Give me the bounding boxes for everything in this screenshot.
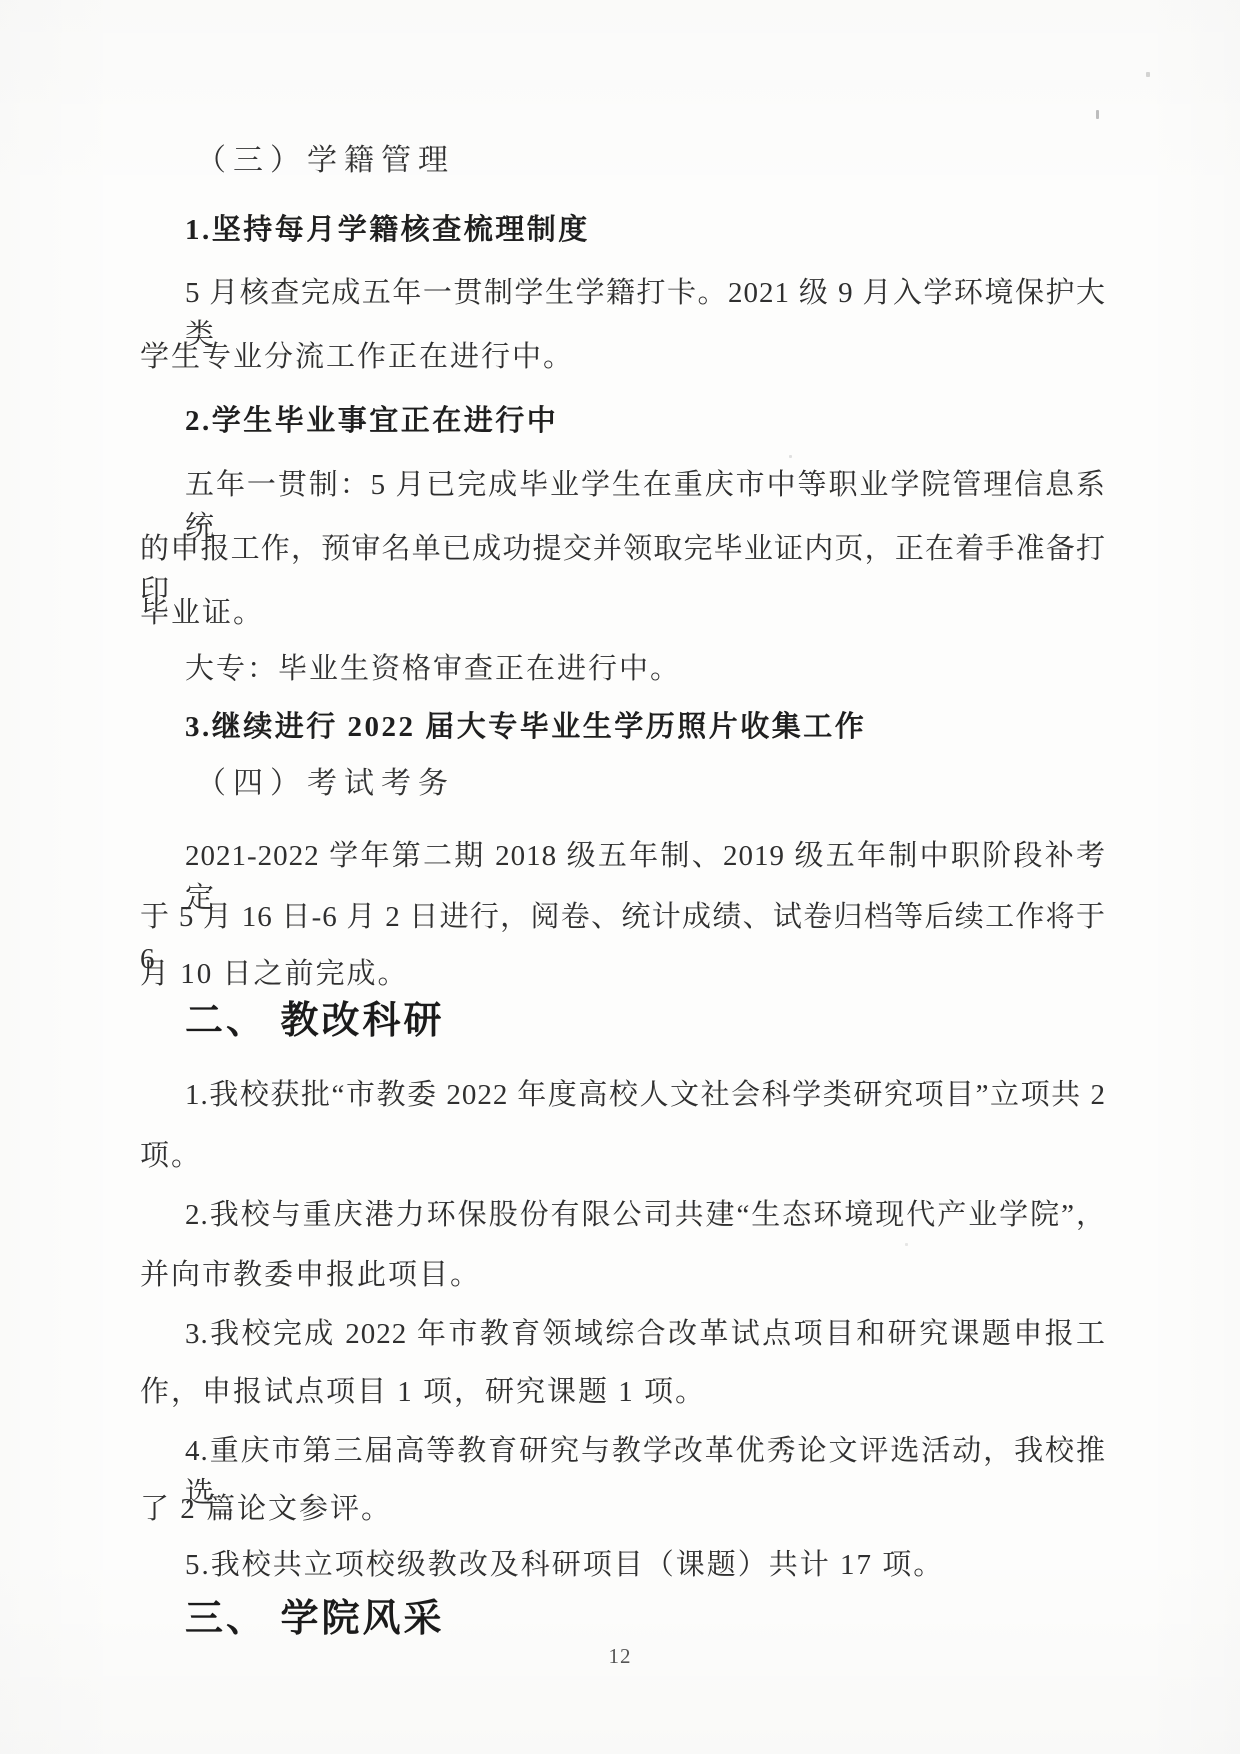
heading-xueji-hecha: 1.坚持每月学籍核查梳理制度 xyxy=(140,209,1106,251)
section-heading-jiaogai-keyan: 二、 教改科研 xyxy=(140,1000,1106,1042)
heading-biye-shiyi: 2.学生毕业事宜正在进行中 xyxy=(140,400,1106,442)
list-item-line: 5.我校共立项校级教改及科研项目（课题）共计 17 项。 xyxy=(140,1544,1106,1586)
heading-zhaopian-shouji: 3.继续进行 2022 届大专毕业生学历照片收集工作 xyxy=(140,706,1106,748)
list-item-line: 项。 xyxy=(140,1135,1106,1177)
page-number: 12 xyxy=(0,1644,1240,1669)
paragraph-line: 毕业证。 xyxy=(140,592,1106,634)
paragraph-line: 学生专业分流工作正在进行中。 xyxy=(140,336,1106,378)
paragraph-line: 月 10 日之前完成。 xyxy=(140,953,1106,995)
list-item-line: 1.我校获批“市教委 2022 年度高校人文社会科学类研究项目”立项共 2 xyxy=(140,1074,1106,1116)
list-item-line: 3.我校完成 2022 年市教育领域综合改革试点项目和研究课题申报工 xyxy=(140,1313,1106,1355)
list-item-line: 了 2 篇论文参评。 xyxy=(140,1488,1106,1530)
section-heading-xueyuan-fengcai: 三、 学院风采 xyxy=(140,1598,1106,1640)
paragraph-line: 大专：毕业生资格审查正在进行中。 xyxy=(140,648,1106,690)
list-item-line: 作，申报试点项目 1 项，研究课题 1 项。 xyxy=(140,1371,1106,1413)
subsection-title-kaoshi-kaowu: （四）考试考务 xyxy=(140,763,1106,805)
list-item-line: 2.我校与重庆港力环保股份有限公司共建“生态环境现代产业学院”， xyxy=(140,1194,1106,1236)
subsection-title-xueji-guanli: （三）学籍管理 xyxy=(140,140,1106,182)
scan-speck xyxy=(1096,110,1099,119)
scan-speck xyxy=(1146,72,1150,77)
list-item-line: 并向市教委申报此项目。 xyxy=(140,1254,1106,1296)
scanned-document-page: （三）学籍管理 1.坚持每月学籍核查梳理制度 5 月核查完成五年一贯制学生学籍打… xyxy=(0,0,1240,1754)
scan-speck xyxy=(789,455,792,458)
scan-speck xyxy=(905,1243,908,1246)
